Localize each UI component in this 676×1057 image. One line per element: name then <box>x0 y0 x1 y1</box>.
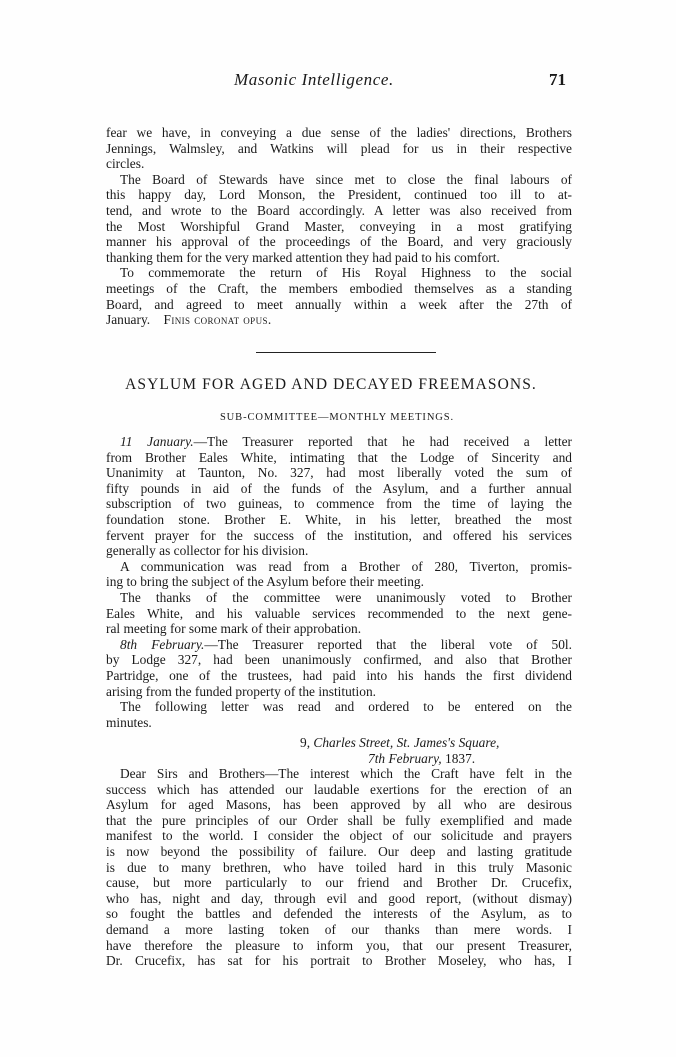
text-line: arising from the funded property of the … <box>106 684 572 700</box>
text-line: so fought the battles and defended the i… <box>106 906 572 922</box>
text-line: Eales White, and his valuable services r… <box>106 606 572 622</box>
section-heading: ASYLUM FOR AGED AND DECAYED FREEMASONS. <box>106 376 572 394</box>
intro-block: fear we have, in conveying a due sense o… <box>106 125 572 328</box>
text-line: generally as collector for his division. <box>106 543 572 559</box>
text-line: manner his approval of the proceedings o… <box>106 234 572 250</box>
text-line: Dr. Crucefix, has sat for his portrait t… <box>106 953 572 969</box>
sub-heading-text: SUB-COMMITTEE—MONTHLY MEETINGS. <box>220 412 454 423</box>
text-line: fervent prayer for the success of the in… <box>106 528 572 544</box>
text-line: this happy day, Lord Monson, the Preside… <box>106 187 572 203</box>
entry-date: 8th February. <box>120 637 204 652</box>
text-line: have therefore the pleasure to inform yo… <box>106 938 572 954</box>
text-line: Board, and agreed to meet annually withi… <box>106 297 572 313</box>
text-line: fifty pounds in aid of the funds of the … <box>106 481 572 497</box>
entry-date: 11 January. <box>120 434 194 449</box>
closing-motto: Finis coronat opus. <box>164 312 272 327</box>
text-line: The Board of Stewards have since met to … <box>106 172 572 188</box>
text-fragment: —The Treasurer reported that he had rece… <box>194 434 572 449</box>
text-line: by Lodge 327, had been unanimously confi… <box>106 652 572 668</box>
text-line: is due to many brethren, who have toiled… <box>106 860 572 876</box>
text-line: Asylum for aged Masons, has been approve… <box>106 797 572 813</box>
text-line: success which has attended our laudable … <box>106 782 572 798</box>
minutes-block: 11 January.—The Treasurer reported that … <box>106 434 572 730</box>
text-line: The thanks of the committee were unanimo… <box>106 590 572 606</box>
text-line: is now beyond the possibility of failure… <box>106 844 572 860</box>
text-line: Jennings, Walmsley, and Watkins will ple… <box>106 141 572 157</box>
section-heading-text: ASYLUM FOR AGED AND DECAYED FREEMASONS. <box>125 376 537 393</box>
text-line: foundation stone. Brother E. White, in h… <box>106 512 572 528</box>
section-divider <box>256 352 436 353</box>
text-line: Dear Sirs and Brothers—The interest whic… <box>106 766 572 782</box>
text-line: minutes. <box>106 715 572 731</box>
text-line: 8th February.—The Treasurer reported tha… <box>106 637 572 653</box>
text-line: cause, but more particularly to our frie… <box>106 875 572 891</box>
text-line: 11 January.—The Treasurer reported that … <box>106 434 572 450</box>
address-street: Charles Street, St. James's Square, <box>313 735 499 750</box>
text-line: that the pure principles of our Order sh… <box>106 813 572 829</box>
text-line: The following letter was read and ordere… <box>106 699 572 715</box>
text-line: January. Finis coronat opus. <box>106 312 572 328</box>
text-line: Unanimity at Taunton, No. 327, had most … <box>106 465 572 481</box>
text-line: Partridge, one of the trustees, had paid… <box>106 668 572 684</box>
sub-heading: SUB-COMMITTEE—MONTHLY MEETINGS. <box>106 412 572 423</box>
text-line: circles. <box>106 156 572 172</box>
text-fragment: January. <box>106 312 150 327</box>
page-number: 71 <box>549 70 566 90</box>
text-line: the Most Worshipful Grand Master, convey… <box>106 219 572 235</box>
text-line: thanking them for the very marked attent… <box>106 250 572 266</box>
text-line: ral meeting for some mark of their appro… <box>106 621 572 637</box>
text-line: meetings of the Craft, the members embod… <box>106 281 572 297</box>
date-day: 7th February, <box>368 751 442 766</box>
text-line: ing to bring the subject of the Asylum b… <box>106 574 572 590</box>
letter-date: 7th February, 1837. <box>368 751 475 767</box>
text-line: fear we have, in conveying a due sense o… <box>106 125 572 141</box>
text-line: subscription of two guineas, to commence… <box>106 496 572 512</box>
text-fragment: —The Treasurer reported that the liberal… <box>204 637 572 652</box>
text-line: demand a more lasting token of our thank… <box>106 922 572 938</box>
letter-body: Dear Sirs and Brothers—The interest whic… <box>106 766 572 969</box>
date-year: 1837. <box>445 751 475 766</box>
address-number: 9, <box>300 735 310 750</box>
text-line: A communication was read from a Brother … <box>106 559 572 575</box>
text-line: manifest to the world. I consider the ob… <box>106 828 572 844</box>
running-head: Masonic Intelligence. 71 <box>106 70 572 94</box>
text-line: tend, and wrote to the Board accordingly… <box>106 203 572 219</box>
text-line: from Brother Eales White, intimating tha… <box>106 450 572 466</box>
text-line: To commemorate the return of His Royal H… <box>106 265 572 281</box>
running-title: Masonic Intelligence. <box>234 70 394 90</box>
letter-address: 9, Charles Street, St. James's Square, <box>300 735 499 751</box>
text-line: who has, night and day, through evil and… <box>106 891 572 907</box>
